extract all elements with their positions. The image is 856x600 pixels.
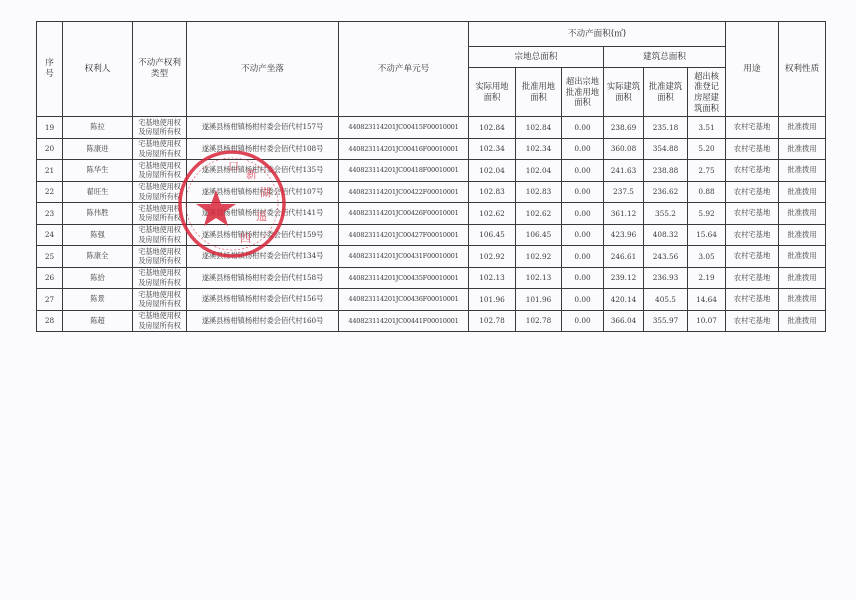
cell-land-excess: 0.00 bbox=[562, 117, 604, 139]
table-row: 28陈超宅基地使用权及房屋所有权遂溪县杨柑镇杨柑村委会佰代村160号440823… bbox=[37, 310, 826, 332]
cell-seq: 22 bbox=[37, 181, 63, 203]
cell-bld-excess: 15.64 bbox=[688, 224, 726, 246]
cell-usage: 农村宅基地 bbox=[726, 310, 779, 332]
cell-right-type: 宅基地使用权及房屋所有权 bbox=[133, 181, 187, 203]
cell-bld-actual: 420.14 bbox=[604, 289, 644, 311]
cell-bld-actual: 238.69 bbox=[604, 117, 644, 139]
cell-usage: 农村宅基地 bbox=[726, 181, 779, 203]
header-land-group: 宗地总面积 bbox=[469, 47, 604, 68]
cell-land-actual: 102.83 bbox=[469, 181, 516, 203]
cell-land-approved: 101.96 bbox=[516, 289, 562, 311]
cell-land-approved: 102.92 bbox=[516, 246, 562, 268]
cell-bld-approved: 236.62 bbox=[644, 181, 688, 203]
property-registry-table: 序号 权利人 不动产权利类型 不动产坐落 不动产单元号 不动产面积(㎡) 用途 … bbox=[36, 21, 826, 332]
cell-bld-actual: 360.08 bbox=[604, 138, 644, 160]
cell-location: 遂溪县杨柑镇杨柑村委会佰代村108号 bbox=[187, 138, 339, 160]
table-row: 24陈强宅基地使用权及房屋所有权遂溪县杨柑镇杨柑村委会佰代村159号440823… bbox=[37, 224, 826, 246]
cell-bld-excess: 10.07 bbox=[688, 310, 726, 332]
cell-land-actual: 102.84 bbox=[469, 117, 516, 139]
cell-location: 遂溪县杨柑镇杨柑村委会佰代村135号 bbox=[187, 160, 339, 182]
cell-usage: 农村宅基地 bbox=[726, 203, 779, 225]
cell-seq: 27 bbox=[37, 289, 63, 311]
table-row: 22翟旺生宅基地使用权及房屋所有权遂溪县杨柑镇杨柑村委会佰代村107号44082… bbox=[37, 181, 826, 203]
table-row: 23陈伟胜宅基地使用权及房屋所有权遂溪县杨柑镇杨柑村委会佰代村141号44082… bbox=[37, 203, 826, 225]
cell-bld-approved: 405.5 bbox=[644, 289, 688, 311]
cell-unit-no: 440823114201JC00426F00010001 bbox=[339, 203, 469, 225]
cell-unit-no: 440823114201JC00431F00010001 bbox=[339, 246, 469, 268]
cell-bld-approved: 243.56 bbox=[644, 246, 688, 268]
cell-location: 遂溪县杨柑镇杨柑村委会佰代村159号 bbox=[187, 224, 339, 246]
cell-land-excess: 0.00 bbox=[562, 289, 604, 311]
header-area-group: 不动产面积(㎡) bbox=[469, 22, 726, 47]
cell-land-actual: 102.62 bbox=[469, 203, 516, 225]
cell-owner: 陈伟胜 bbox=[63, 203, 133, 225]
cell-owner: 陈康进 bbox=[63, 138, 133, 160]
cell-right-nature: 批准拨用 bbox=[779, 181, 826, 203]
header-bld-approved: 批准建筑面积 bbox=[644, 68, 688, 117]
cell-bld-excess: 5.92 bbox=[688, 203, 726, 225]
cell-bld-excess: 14.64 bbox=[688, 289, 726, 311]
cell-seq: 26 bbox=[37, 267, 63, 289]
cell-location: 遂溪县杨柑镇杨柑村委会佰代村157号 bbox=[187, 117, 339, 139]
cell-land-approved: 102.83 bbox=[516, 181, 562, 203]
cell-owner: 陈华生 bbox=[63, 160, 133, 182]
header-unit-no: 不动产单元号 bbox=[339, 22, 469, 117]
cell-usage: 农村宅基地 bbox=[726, 224, 779, 246]
cell-unit-no: 440823114201JC00441F00010001 bbox=[339, 310, 469, 332]
header-location: 不动产坐落 bbox=[187, 22, 339, 117]
cell-location: 遂溪县杨柑镇杨柑村委会佰代村158号 bbox=[187, 267, 339, 289]
cell-usage: 农村宅基地 bbox=[726, 246, 779, 268]
cell-owner: 陈强 bbox=[63, 224, 133, 246]
header-land-excess: 超出宗地批准用地面积 bbox=[562, 68, 604, 117]
cell-owner: 陈超 bbox=[63, 310, 133, 332]
header-right-nature: 权利性质 bbox=[779, 22, 826, 117]
cell-usage: 农村宅基地 bbox=[726, 160, 779, 182]
cell-location: 遂溪县杨柑镇杨柑村委会佰代村134号 bbox=[187, 246, 339, 268]
table-row: 19陈拉宅基地使用权及房屋所有权遂溪县杨柑镇杨柑村委会佰代村157号440823… bbox=[37, 117, 826, 139]
cell-right-nature: 批准拨用 bbox=[779, 224, 826, 246]
table-row: 27陈景宅基地使用权及房屋所有权遂溪县杨柑镇杨柑村委会佰代村156号440823… bbox=[37, 289, 826, 311]
header-seq: 序号 bbox=[37, 22, 63, 117]
header-usage: 用途 bbox=[726, 22, 779, 117]
cell-right-nature: 批准拨用 bbox=[779, 310, 826, 332]
cell-bld-actual: 423.96 bbox=[604, 224, 644, 246]
cell-right-type: 宅基地使用权及房屋所有权 bbox=[133, 160, 187, 182]
cell-seq: 24 bbox=[37, 224, 63, 246]
table-row: 25陈康全宅基地使用权及房屋所有权遂溪县杨柑镇杨柑村委会佰代村134号44082… bbox=[37, 246, 826, 268]
cell-right-nature: 批准拨用 bbox=[779, 160, 826, 182]
cell-land-actual: 101.96 bbox=[469, 289, 516, 311]
cell-unit-no: 440823114201JC00416F00010001 bbox=[339, 138, 469, 160]
cell-bld-excess: 5.20 bbox=[688, 138, 726, 160]
cell-right-nature: 批准拨用 bbox=[779, 203, 826, 225]
cell-bld-actual: 246.61 bbox=[604, 246, 644, 268]
cell-bld-actual: 361.12 bbox=[604, 203, 644, 225]
cell-land-approved: 106.45 bbox=[516, 224, 562, 246]
cell-right-nature: 批准拨用 bbox=[779, 246, 826, 268]
cell-unit-no: 440823114201JC00422F00010001 bbox=[339, 181, 469, 203]
cell-land-actual: 102.92 bbox=[469, 246, 516, 268]
cell-land-excess: 0.00 bbox=[562, 224, 604, 246]
cell-owner: 陈康全 bbox=[63, 246, 133, 268]
cell-right-type: 宅基地使用权及房屋所有权 bbox=[133, 203, 187, 225]
cell-unit-no: 440823114201JC00435F00010001 bbox=[339, 267, 469, 289]
cell-right-nature: 批准拨用 bbox=[779, 267, 826, 289]
table-row: 26陈拾宅基地使用权及房屋所有权遂溪县杨柑镇杨柑村委会佰代村158号440823… bbox=[37, 267, 826, 289]
cell-bld-actual: 366.04 bbox=[604, 310, 644, 332]
cell-land-actual: 102.13 bbox=[469, 267, 516, 289]
cell-seq: 23 bbox=[37, 203, 63, 225]
cell-bld-excess: 2.19 bbox=[688, 267, 726, 289]
cell-bld-approved: 354.88 bbox=[644, 138, 688, 160]
cell-right-type: 宅基地使用权及房屋所有权 bbox=[133, 224, 187, 246]
cell-land-approved: 102.13 bbox=[516, 267, 562, 289]
cell-land-actual: 106.45 bbox=[469, 224, 516, 246]
cell-bld-approved: 408.32 bbox=[644, 224, 688, 246]
cell-location: 遂溪县杨柑镇杨柑村委会佰代村107号 bbox=[187, 181, 339, 203]
cell-right-nature: 批准拨用 bbox=[779, 138, 826, 160]
cell-bld-excess: 3.51 bbox=[688, 117, 726, 139]
cell-unit-no: 440823114201JC00427F00010001 bbox=[339, 224, 469, 246]
cell-usage: 农村宅基地 bbox=[726, 289, 779, 311]
header-bld-excess: 超出核准登记房屋建筑面积 bbox=[688, 68, 726, 117]
cell-land-excess: 0.00 bbox=[562, 181, 604, 203]
cell-bld-approved: 238.88 bbox=[644, 160, 688, 182]
cell-seq: 19 bbox=[37, 117, 63, 139]
cell-seq: 20 bbox=[37, 138, 63, 160]
cell-usage: 农村宅基地 bbox=[726, 117, 779, 139]
cell-usage: 农村宅基地 bbox=[726, 267, 779, 289]
cell-seq: 28 bbox=[37, 310, 63, 332]
cell-bld-actual: 237.5 bbox=[604, 181, 644, 203]
header-land-approved: 批准用地面积 bbox=[516, 68, 562, 117]
cell-bld-approved: 236.93 bbox=[644, 267, 688, 289]
cell-owner: 陈拾 bbox=[63, 267, 133, 289]
cell-owner: 陈景 bbox=[63, 289, 133, 311]
cell-land-approved: 102.62 bbox=[516, 203, 562, 225]
cell-land-excess: 0.00 bbox=[562, 267, 604, 289]
cell-right-type: 宅基地使用权及房屋所有权 bbox=[133, 267, 187, 289]
header-owner: 权利人 bbox=[63, 22, 133, 117]
cell-seq: 21 bbox=[37, 160, 63, 182]
document-page: 序号 权利人 不动产权利类型 不动产坐落 不动产单元号 不动产面积(㎡) 用途 … bbox=[36, 21, 826, 332]
cell-right-nature: 批准拨用 bbox=[779, 117, 826, 139]
cell-right-type: 宅基地使用权及房屋所有权 bbox=[133, 117, 187, 139]
cell-bld-approved: 355.2 bbox=[644, 203, 688, 225]
cell-land-excess: 0.00 bbox=[562, 203, 604, 225]
cell-land-actual: 102.34 bbox=[469, 138, 516, 160]
cell-unit-no: 440823114201JC00415F00010001 bbox=[339, 117, 469, 139]
cell-location: 遂溪县杨柑镇杨柑村委会佰代村141号 bbox=[187, 203, 339, 225]
cell-right-type: 宅基地使用权及房屋所有权 bbox=[133, 246, 187, 268]
cell-land-excess: 0.00 bbox=[562, 310, 604, 332]
table-row: 21陈华生宅基地使用权及房屋所有权遂溪县杨柑镇杨柑村委会佰代村135号44082… bbox=[37, 160, 826, 182]
cell-seq: 25 bbox=[37, 246, 63, 268]
cell-bld-actual: 241.63 bbox=[604, 160, 644, 182]
cell-usage: 农村宅基地 bbox=[726, 138, 779, 160]
cell-land-approved: 102.04 bbox=[516, 160, 562, 182]
cell-owner: 陈拉 bbox=[63, 117, 133, 139]
cell-land-excess: 0.00 bbox=[562, 246, 604, 268]
cell-bld-excess: 3.05 bbox=[688, 246, 726, 268]
cell-right-type: 宅基地使用权及房屋所有权 bbox=[133, 138, 187, 160]
cell-land-actual: 102.04 bbox=[469, 160, 516, 182]
cell-bld-approved: 355.97 bbox=[644, 310, 688, 332]
cell-land-approved: 102.78 bbox=[516, 310, 562, 332]
cell-land-excess: 0.00 bbox=[562, 138, 604, 160]
cell-right-type: 宅基地使用权及房屋所有权 bbox=[133, 289, 187, 311]
header-bld-actual: 实际建筑面积 bbox=[604, 68, 644, 117]
cell-unit-no: 440823114201JC00418F00010001 bbox=[339, 160, 469, 182]
cell-unit-no: 440823114201JC00436F00010001 bbox=[339, 289, 469, 311]
table-row: 20陈康进宅基地使用权及房屋所有权遂溪县杨柑镇杨柑村委会佰代村108号44082… bbox=[37, 138, 826, 160]
cell-land-approved: 102.34 bbox=[516, 138, 562, 160]
cell-land-approved: 102.84 bbox=[516, 117, 562, 139]
cell-bld-excess: 0.88 bbox=[688, 181, 726, 203]
cell-owner: 翟旺生 bbox=[63, 181, 133, 203]
header-right-type: 不动产权利类型 bbox=[133, 22, 187, 117]
header-building-group: 建筑总面积 bbox=[604, 47, 726, 68]
header-land-actual: 实际用地面积 bbox=[469, 68, 516, 117]
cell-land-actual: 102.78 bbox=[469, 310, 516, 332]
cell-bld-approved: 235.18 bbox=[644, 117, 688, 139]
cell-location: 遂溪县杨柑镇杨柑村委会佰代村156号 bbox=[187, 289, 339, 311]
cell-location: 遂溪县杨柑镇杨柑村委会佰代村160号 bbox=[187, 310, 339, 332]
cell-bld-excess: 2.75 bbox=[688, 160, 726, 182]
cell-bld-actual: 239.12 bbox=[604, 267, 644, 289]
cell-right-nature: 批准拨用 bbox=[779, 289, 826, 311]
cell-land-excess: 0.00 bbox=[562, 160, 604, 182]
cell-right-type: 宅基地使用权及房屋所有权 bbox=[133, 310, 187, 332]
